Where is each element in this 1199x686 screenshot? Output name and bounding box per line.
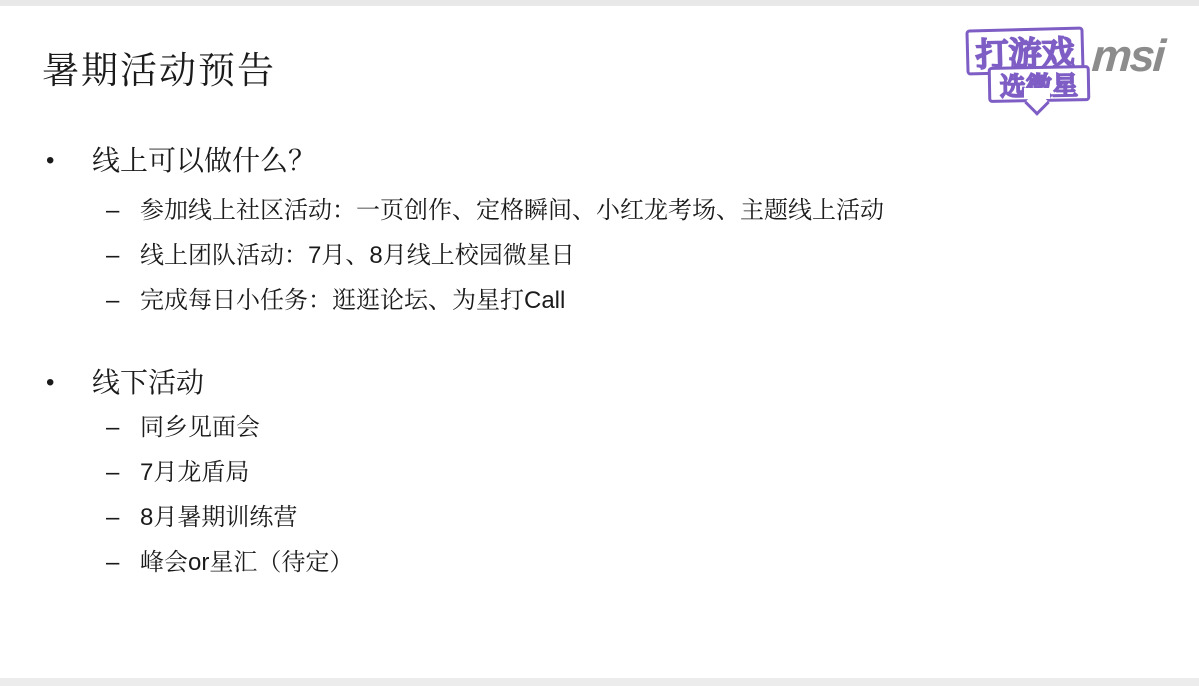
list-item-text: 8月暑期训练营 — [140, 501, 297, 534]
dash-icon: – — [106, 456, 140, 489]
list-item-text: 7月龙盾局 — [140, 456, 249, 489]
page-title: 暑期活动预告 — [42, 40, 276, 94]
list-item-text: 参加线上社区活动：一页创作、定格瞬间、小红龙考场、主题线上活动 — [140, 194, 884, 227]
list-item: – 8月暑期训练营 — [106, 501, 297, 534]
list-item: – 峰会or星汇（待定） — [106, 546, 353, 579]
msi-logo: msi — [1090, 30, 1165, 82]
top-letterbox-strip — [0, 0, 1199, 6]
bottom-letterbox-strip — [0, 678, 1199, 686]
list-item-text: 完成每日小任务：逛逛论坛、为星打Call — [140, 284, 565, 317]
list-item: – 参加线上社区活动：一页创作、定格瞬间、小红龙考场、主题线上活动 — [106, 194, 884, 227]
bullet-dot-icon: • — [46, 365, 92, 401]
dash-icon: – — [106, 239, 140, 272]
bullet-dot-icon: • — [46, 143, 92, 179]
badge-speech-tail-cover — [1024, 88, 1050, 99]
dash-icon: – — [106, 411, 140, 444]
bullet-heading-offline: • 线下活动 — [46, 365, 204, 401]
slide-canvas: 暑期活动预告 • 线上可以做什么？ – 参加线上社区活动：一页创作、定格瞬间、小… — [0, 0, 1199, 686]
dash-icon: – — [106, 284, 140, 317]
list-item-text: 线上团队活动：7月、8月线上校园微星日 — [140, 239, 575, 272]
campaign-badge: 打游戏 选微星 — [962, 24, 1094, 116]
list-item-text: 峰会or星汇（待定） — [140, 546, 353, 579]
list-item: – 同乡见面会 — [106, 411, 260, 444]
dash-icon: – — [106, 194, 140, 227]
bullet-heading-online: • 线上可以做什么？ — [46, 143, 316, 179]
heading-text: 线下活动 — [92, 365, 204, 401]
dash-icon: – — [106, 501, 140, 534]
list-item: – 线上团队活动：7月、8月线上校园微星日 — [106, 239, 575, 272]
list-item-text: 同乡见面会 — [140, 411, 260, 444]
heading-text: 线上可以做什么？ — [92, 143, 316, 179]
list-item: – 7月龙盾局 — [106, 456, 249, 489]
list-item: – 完成每日小任务：逛逛论坛、为星打Call — [106, 284, 565, 317]
dash-icon: – — [106, 546, 140, 579]
